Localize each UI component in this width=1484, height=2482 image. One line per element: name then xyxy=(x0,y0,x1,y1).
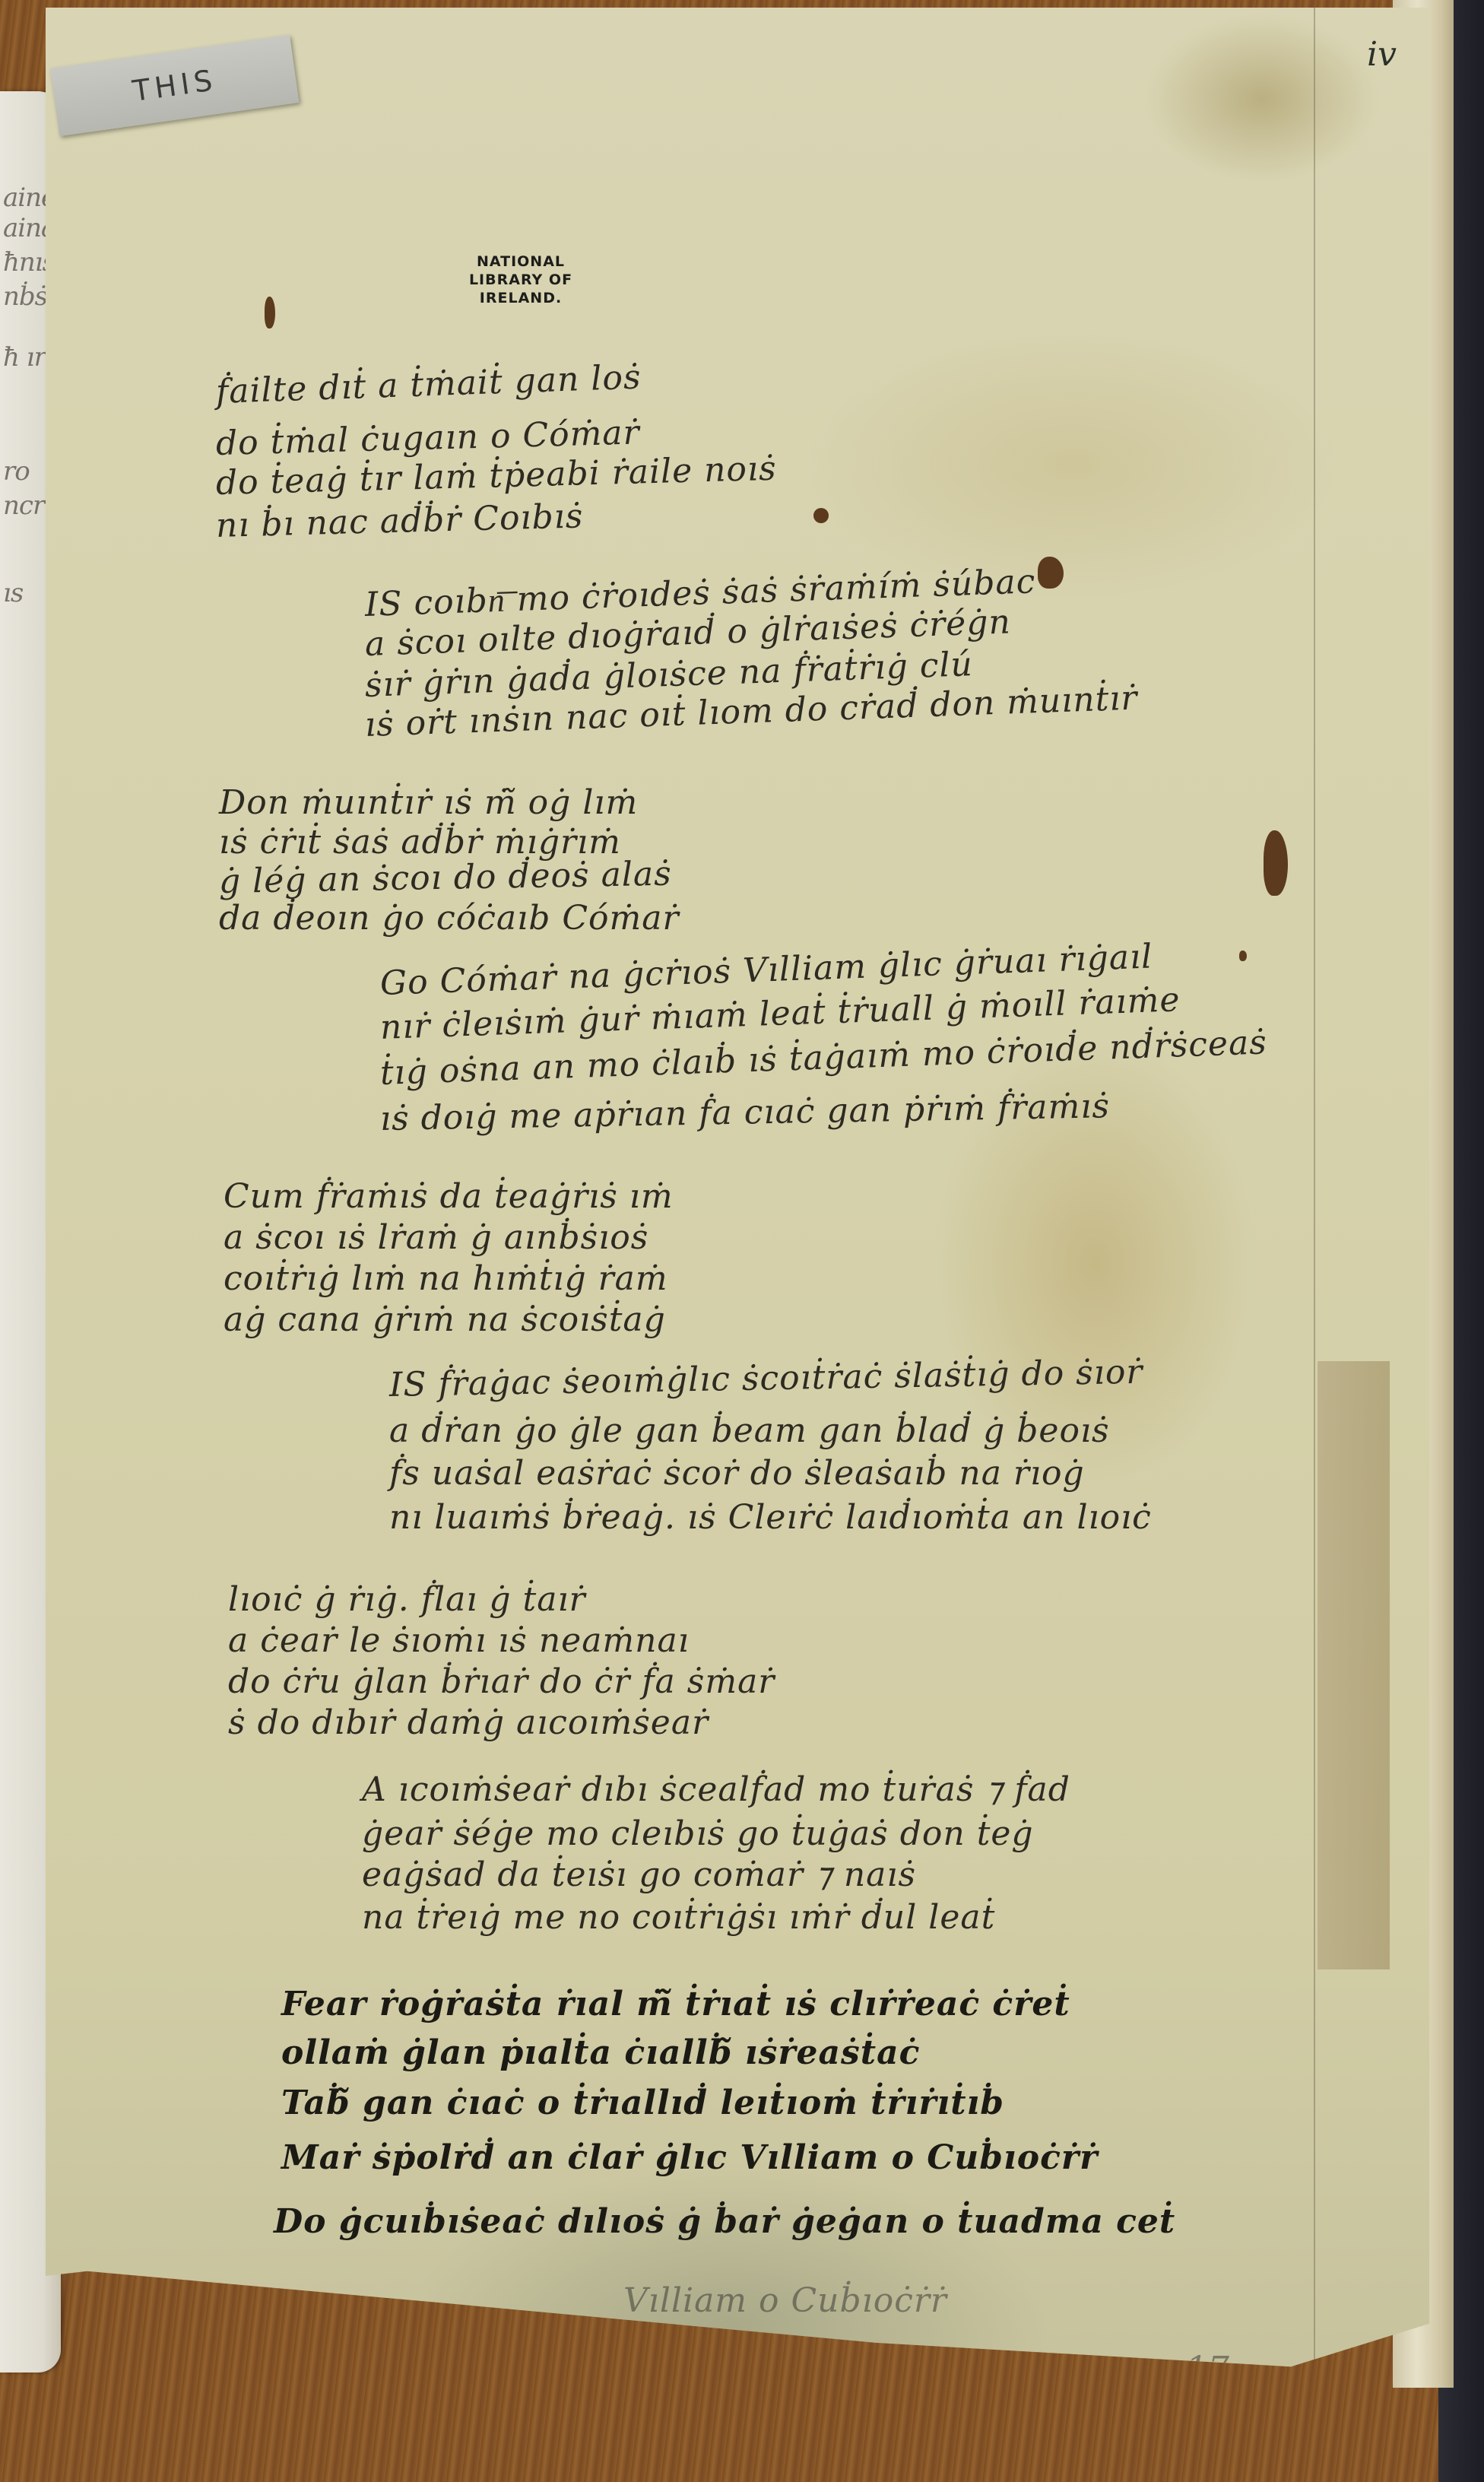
verse-line: Maṙ ṡṗolṙḋ an ċlaṙ ġlıc Vılliam o Cuḃıoċ… xyxy=(281,2138,1098,2177)
tag-label: THIS xyxy=(131,63,219,108)
leaf-fragment: ıs xyxy=(3,578,23,608)
folio-fold-line xyxy=(1314,8,1315,2365)
verse-line: Don ṁuınṫıṙ ıṡ ṁ̃ oġ lıṁ xyxy=(219,783,638,822)
paper-repair-strip xyxy=(1318,1361,1390,1969)
verse-line: aġ cana ġṙıṁ na ṡcoıṡṫaġ xyxy=(224,1300,666,1339)
stamp-line: IRELAND. xyxy=(452,289,589,307)
ink-stain xyxy=(265,297,275,328)
verse-line: ġeaṙ ṡéġe mo cleıbıṡ go ṫuġaṡ don ṫeġ xyxy=(362,1814,1034,1853)
verse-line: na ṫṙeıġ me no coıṫṙıġṡı ıṁṙ ḋul leaṫ xyxy=(362,1898,995,1937)
verse-line: ıṡ doıġ me aṗṙıan ḟa cıaċ gan ṗṙıṁ ḟṙaṁı… xyxy=(380,1087,1111,1138)
ink-stain xyxy=(1264,830,1288,896)
verse-line: A ıcoıṁṡeaṙ dıbı ṡcealḟad mo ṫuṙaṡ ⁊ ḟad xyxy=(362,1770,1070,1809)
verse-line: ḟs uaṡal eaṡṙaċ ṡcoṙ do ṡleaṡaıḃ na ṙıoġ xyxy=(389,1454,1085,1493)
library-stamp: NATIONAL LIBRARY OF IRELAND. xyxy=(452,252,589,307)
verse-line: nı ḃı nac aḋḃṙ Coıbıṡ xyxy=(215,497,584,545)
folio-number: iv xyxy=(1367,35,1397,74)
verse-line: do ċṙu ġlan ḃṙıaṙ do ċṙ ḟa ṡṁaṙ xyxy=(228,1662,775,1701)
leaf-fragment: ncr xyxy=(3,490,44,521)
faint-note: Vılliam o Cuḃıoċṙṙ xyxy=(623,2281,947,2320)
stamp-line: NATIONAL xyxy=(452,252,589,271)
verse-line: ṡ do dıbıṙ daṁġ aıcoıṁṡeaṙ xyxy=(228,1703,709,1742)
ink-stain xyxy=(1038,557,1064,589)
verse-line: eaġṡad da ṫeıṡı go coṁaṙ ⁊ naıṡ xyxy=(362,1855,916,1894)
verse-line: a ċeaṙ le ṡıoṁı ıṡ neaṁnaı xyxy=(228,1621,690,1660)
ink-stain xyxy=(1239,951,1247,961)
verse-line: Fear ṙoġṙaṡṫa ṙıal ṁ̃ ṫṙıaṫ ıṡ clıṙṙeaċ … xyxy=(281,1985,1070,2023)
verse-line: a ḋṙan ġo ġle gan ḃeam gan ḃlaḋ ġ ḃeoıṡ xyxy=(389,1411,1110,1450)
verse-line: Do ġcuıḃıṡeaċ dılıoṡ ġ ḃaṙ ġeġan o ṫuadm… xyxy=(274,2202,1175,2241)
verse-line: coıṫṙıġ lıṁ na hıṁṫıġ ṙaṁ xyxy=(224,1259,668,1298)
verse-line: Cum ḟṙaṁıṡ da ṫeaġṙıṡ ıṁ xyxy=(224,1177,674,1216)
manuscript-folio: iv NATIONAL LIBRARY OF IRELAND. ḟailte d… xyxy=(46,8,1429,2395)
verse-line: ollaṁ ġlan ṗıalṫa ċıallḃ̃ ıṡṙeaṡṫaċ xyxy=(281,2033,920,2072)
verse-line: nı luaıṁṡ ḃṙeaġ. ıṡ Cleıṙċ laıḋıoṁṫa an … xyxy=(389,1498,1152,1537)
ink-stain xyxy=(813,508,829,523)
leaf-fragment: ro xyxy=(3,456,30,487)
verse-line: a ṡcoı ıṡ lṙaṁ ġ aınḃṡıoṡ xyxy=(224,1218,648,1257)
verse-line: lıoıċ ġ ṙıġ. ḟlaı ġ ṫaıṙ xyxy=(228,1580,586,1619)
verse-line: ḟailte dıṫ a ṫṁaiṫ gan loṡ xyxy=(215,357,642,411)
leaf-fragment: ħ ır xyxy=(3,342,46,373)
verse-line: da ḋeoın ġo cóċaıb Cóṁaṙ xyxy=(219,899,680,938)
verse-line: IS ḟṙaġac ṡeoıṁġlıc ṡcoıṫṙaċ ṡlaṡṫıġ do … xyxy=(389,1353,1143,1404)
stamp-line: LIBRARY OF xyxy=(452,271,589,289)
leaf-fragment: nḃṡ xyxy=(3,281,47,312)
verse-line: ġ léġ an ṡcoı do ḋeoṡ alaṡ xyxy=(219,855,673,901)
verse-line: Taḃ̃ gan ċıaċ o ṫṙıallıḋ leıṫıoṁ ṫṙıṙıṫı… xyxy=(281,2084,1004,2122)
